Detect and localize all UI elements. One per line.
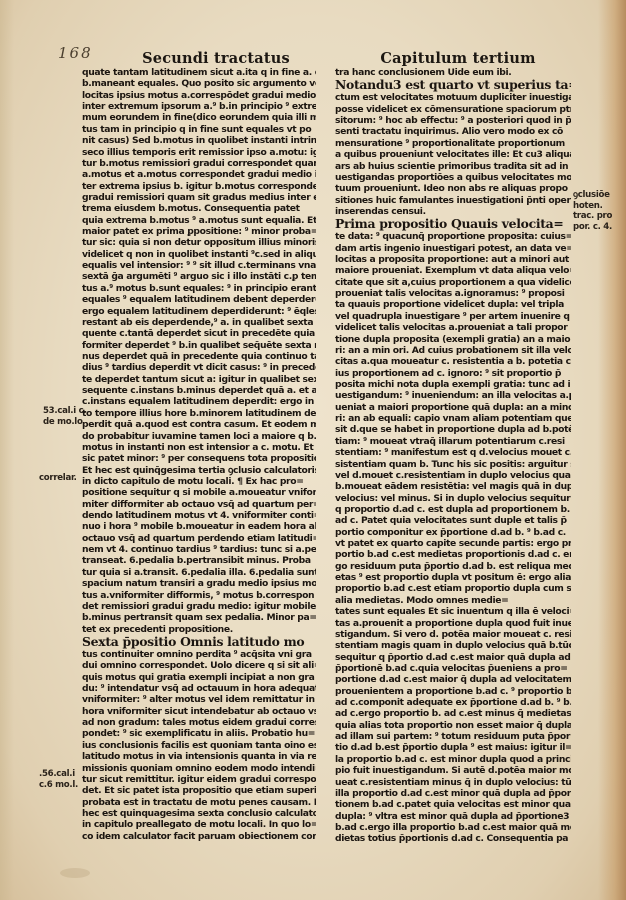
text-line: te deperdet tantum sicut a: igitur in qu… — [82, 374, 316, 385]
page-edge-stain-right — [598, 0, 626, 900]
text-line: spacium natum transiri a gradu medio ips… — [82, 578, 316, 589]
text-line: senti tractatu inquirimus. Alio vero mod… — [335, 126, 571, 137]
right-column-body-a: ctum est velocitates motuum dupliciter i… — [335, 92, 571, 217]
text-line: dietas totius p̄portionis d.ad c. Conseq… — [335, 833, 571, 844]
text-line: det remissiori gradui gradu medio: igitu… — [82, 601, 316, 612]
paper-stain — [60, 868, 90, 878]
text-line: ter extrema ipsius b. igitur b.motus cor… — [82, 181, 316, 192]
text-line: ad non gradum: tales motus eidem gradui … — [82, 717, 316, 728]
text-line: c.instans equalem latitudinem deperdit: … — [82, 396, 316, 407]
text-line: mum eorundem in fine(dico eorundem quia … — [82, 112, 316, 123]
manuscript-page: 168 Secundi tractatus Capitulum tertium … — [0, 0, 626, 900]
text-line: hora vniformiter sicut intendebatur ab o… — [82, 706, 316, 717]
text-line: a quibus proueniunt velocitates ille: Et… — [335, 149, 571, 160]
text-line: dius ⁹ tardius deperdit vt dicit casus: … — [82, 362, 316, 373]
text-line: dui omnino correspondet. Uolo dicere q s… — [82, 660, 316, 671]
text-line: portio b.ad c.est medietas proportionis … — [335, 549, 571, 560]
section-heading-notandum: Notandu3 est quarto vt superius ta= — [335, 78, 571, 92]
text-line: citas a.qua moueatur c. resistentia a b.… — [335, 356, 571, 367]
text-line: det. Et sic patet ista propositio que et… — [82, 785, 316, 796]
text-line: ri: an a min ori. Ad cuius probationem s… — [335, 345, 571, 356]
text-line: b.maneant equales. Quo posito sic argume… — [82, 78, 316, 89]
text-line: uestigandas proportiōes a quibus velocit… — [335, 172, 571, 183]
text-line: du: ⁹ intendatur vsq̄ ad octauum in hora… — [82, 683, 316, 694]
text-line: maior patet ex prima ꝑpositione: ⁹ minor… — [82, 226, 316, 237]
text-line: tur sicut remittitur. igitur eidem gradu… — [82, 774, 316, 785]
text-line: stigandum. Si vero d. potēa maior moueat… — [335, 629, 571, 640]
text-line: in capitulo preallegato de motu locali. … — [82, 819, 316, 830]
margin-note-line: correlar. — [39, 473, 77, 484]
text-line: nem vt 4. continuo tardius ⁹ tardius: tu… — [82, 544, 316, 555]
right-column-opening: tra hanc conclusionem Uide eum ibi. — [335, 67, 571, 78]
text-line: sit d.que se habet in proportione dupla … — [335, 424, 571, 435]
text-line: ueniat a maiori proportione quā dupla: a… — [335, 402, 571, 413]
text-line: q proportio d.ad c. est dupla ad proport… — [335, 504, 571, 515]
text-line: tiam: ⁹ moueat vtraq̄ illarum potentiaru… — [335, 436, 571, 447]
text-line: tet ex precedenti propositione. — [82, 624, 316, 635]
running-head-left: Secundi tractatus — [141, 50, 291, 67]
text-line: pondet: ⁹ sic exemplificatu in aliis. Pr… — [82, 728, 316, 739]
text-line: missionis quoniam omnino eodem modo inte… — [82, 763, 316, 774]
text-line: vt patet ex quarto capite secunde partis… — [335, 538, 571, 549]
text-line: stentiam: ⁹ manifestum est q d.velocius … — [335, 447, 571, 458]
text-line: Et hec est quinq̄gesima tertia ꝯclusio c… — [82, 465, 316, 476]
text-line: tus continuiter omnino perdita ⁹ acq̄sit… — [82, 649, 316, 660]
page-edge-shadow-left — [0, 0, 14, 900]
text-line: proueniat talis velocitas a.ignoramus: ⁹… — [335, 288, 571, 299]
margin-note-line: de mo.lo — [43, 417, 86, 428]
text-line: seco illius temporis erit remissior ipso… — [82, 147, 316, 158]
text-line: tra hanc conclusionem Uide eum ibi. — [335, 67, 571, 78]
text-line: vel d.mouet c.resistentiam in duplo velo… — [335, 470, 571, 481]
text-line: vel quadrupla inuestigare ⁹ per artem in… — [335, 311, 571, 322]
text-line: posse videlicet ex cōmensuratione spacio… — [335, 104, 571, 115]
text-line: sextā ḡa argumēti ⁹ arguo sic i illo in… — [82, 271, 316, 282]
margin-note-line: 53.cal.i c. — [43, 406, 86, 417]
proposition-heading-prima: Prima propositio Quauis velocita= — [335, 217, 571, 231]
text-column-right: tra hanc conclusionem Uide eum ibi. Nota… — [335, 67, 571, 845]
text-line: nit casus) Sed b.motus in quolibet insta… — [82, 135, 316, 146]
text-line: co idem calculator facit paruam obiectio… — [82, 831, 316, 842]
text-line: a.motus et a.motus correspondet gradui m… — [82, 169, 316, 180]
text-line: ctum est velocitates motuum dupliciter i… — [335, 92, 571, 103]
text-line: tione dupla proposita (exempli gratia) a… — [335, 334, 571, 345]
text-line: ad c.componit adequate ex p̄portione d.a… — [335, 697, 571, 708]
margin-note-left-1: 53.cal.i c. de mo.lo — [43, 406, 86, 427]
text-line: motus in instanti non est intensior a c.… — [82, 442, 316, 453]
text-line: equalis vel intensior: ⁹ ⁹ sit illud c.t… — [82, 260, 316, 271]
text-line: p̄portionē b.ad c.quia velocitas p̄uenie… — [335, 663, 571, 674]
left-column-body: quate tantam latitudinem sicut a.ita q i… — [82, 67, 316, 635]
text-line: nuo i hora ⁹ mobile b.moueatur in eadem … — [82, 521, 316, 532]
text-line: ius conclusionis facilis est quoniam tan… — [82, 740, 316, 751]
text-line: equales ⁹ equalem latitudinem debent dep… — [82, 294, 316, 305]
text-line: portione d.ad c.est maior q̄ dupla ad ve… — [335, 674, 571, 685]
text-line: ri: an ab equali: capio vnam aliam poten… — [335, 413, 571, 424]
text-line: in dicto capitulo de motu locali. ¶ Ex h… — [82, 476, 316, 487]
text-line: locitas ipsius motus a.correspōdet gradu… — [82, 90, 316, 101]
text-line: tuum proueniunt. Ideo non abs re aliquas… — [335, 183, 571, 194]
text-line: tio d.ad b.est p̄portio dupla ⁹ est maiu… — [335, 742, 571, 753]
text-line: alia medietas. Modo omnes medie= — [335, 595, 571, 606]
margin-note-line: c.6 mo.l. — [39, 780, 78, 791]
text-line: perdit quā a.quod est contra casum. Et e… — [82, 419, 316, 430]
text-line: quia alias tota proportio non esset maio… — [335, 720, 571, 731]
text-line: tionem b.ad c.patet quia velocitas est m… — [335, 799, 571, 810]
text-line: quis motus qui gratia exempli incipiat a… — [82, 672, 316, 683]
text-line: ars ab huius scientie primoribus tradita… — [335, 161, 571, 172]
text-line: sitorum: ⁹ hoc ab effectu: ⁹ a posterior… — [335, 115, 571, 126]
right-column-body-b: te data: ⁹ quacunq̄ proportione proposit… — [335, 231, 571, 844]
text-line: ad illam sui partem: ⁹ totum residuum pu… — [335, 731, 571, 742]
text-line: ad c.ergo proportio b. ad c.est minus q̄… — [335, 708, 571, 719]
text-line: illa proportio d.ad c.est minor quā dupl… — [335, 788, 571, 799]
margin-note-line: .56.cal.i — [39, 769, 78, 780]
text-line: latitudo motus in via intensionis quanta… — [82, 751, 316, 762]
text-line: positione sequitur q si mobile a.moueatu… — [82, 487, 316, 498]
text-column-left: quate tantam latitudinem sicut a.ita q i… — [82, 67, 316, 842]
margin-note-left-3: .56.cal.i c.6 mo.l. — [39, 769, 78, 790]
margin-note-line: ꝯclusiōe — [573, 190, 612, 201]
text-line: ius proportionem ad c. ignoro: ⁹ sit pro… — [335, 368, 571, 379]
margin-note-line: hoten. — [573, 201, 612, 212]
text-line: hec est quinquagesima sexta conclusio ca… — [82, 808, 316, 819]
text-line: tus a.⁹ motus b.sunt equales: ⁹ in princ… — [82, 283, 316, 294]
left-column-body-continued: tus continuiter omnino perdita ⁹ acq̄sit… — [82, 649, 316, 842]
text-line: sistentiam quam b. Tunc his sic positis:… — [335, 459, 571, 470]
text-line: formiter deperdet ⁹ b.in qualibet seq̄uē… — [82, 340, 316, 351]
text-line: mensuratione ⁹ proportionalitate proport… — [335, 138, 571, 149]
text-line: inter extremum ipsorum a.⁹ b.in principi… — [82, 101, 316, 112]
text-line: quate tantam latitudinem sicut a.ita q i… — [82, 67, 316, 78]
text-line: dam artis ingenio inuestigari potest, an… — [335, 243, 571, 254]
text-line: do probabitur iuvamine tamen loci a maio… — [82, 431, 316, 442]
margin-note-line: por. c. 4. — [573, 222, 612, 233]
text-line: ergo equalem latitudinem deperdiderunt: … — [82, 306, 316, 317]
text-line: dupla: ⁹ vltra est minor quā dupla ad p̄… — [335, 811, 571, 822]
text-line: locitas a proposita proportione: aut a m… — [335, 254, 571, 265]
text-line: videlicet q non in quolibet instanti ⁹c.… — [82, 249, 316, 260]
text-line: stentiam magis quam in duplo velocius qu… — [335, 640, 571, 651]
text-line: sic patet minor: ⁹ per consequens tota p… — [82, 453, 316, 464]
text-line: tur b.motus remissiori gradui correspond… — [82, 158, 316, 169]
running-head-right: Capitulum tertium — [363, 50, 553, 67]
margin-note-left-2: correlar. — [39, 473, 77, 484]
text-line: trema eiusdem b.motus. Consequentia pate… — [82, 203, 316, 214]
text-line: restant ab eis deperdende,⁹ a. in qualib… — [82, 317, 316, 328]
text-line: tas a.prouenit a proportione dupla quod … — [335, 618, 571, 629]
text-line: nus deperdet quā in precedente quia cont… — [82, 351, 316, 362]
text-line: te data: ⁹ quacunq̄ proportione proposit… — [335, 231, 571, 242]
text-line: quia extrema b.motus ⁹ a.motus sunt equa… — [82, 215, 316, 226]
text-line: portio componitur ex p̄portione d.ad b. … — [335, 527, 571, 538]
text-line: miter difformiter ab octauo vsq̄ ad quar… — [82, 499, 316, 510]
text-line: posita michi nota dupla exempli gratia: … — [335, 379, 571, 390]
text-line: vniformiter: ⁹ alter motus vel idem remi… — [82, 694, 316, 705]
text-line: etas ⁹ est proportio dupla vt positum ē… — [335, 572, 571, 583]
text-line: b.minus pertransit quam sex pedalia. Min… — [82, 612, 316, 623]
text-line: pio fuit inuestigandum. Si autē d.potēa … — [335, 765, 571, 776]
text-line: citate que sit a,cuius proportionem a qu… — [335, 277, 571, 288]
text-line: to tempore illius hore b.minorem latitud… — [82, 408, 316, 419]
text-line: octauo vsq̄ ad quartum perdendo etiam la… — [82, 533, 316, 544]
text-line: velocius: vel minus. Si in duplo velociu… — [335, 493, 571, 504]
text-line: tur sic: quia si non detur oppositum ill… — [82, 237, 316, 248]
text-line: tus tam in principio q in fine sunt equa… — [82, 124, 316, 135]
text-line: inserendas censui. — [335, 206, 571, 217]
text-line: la proportio b.ad c. est minor dupla quo… — [335, 754, 571, 765]
text-line: proportio b.ad c.est etiam proportio dup… — [335, 583, 571, 594]
text-line: sitiones huic famulantes inuestigationi … — [335, 195, 571, 206]
margin-note-line: trac. pro — [573, 211, 612, 222]
text-line: b.moueat eādem resistētia: vel magis quā… — [335, 481, 571, 492]
proposition-heading-sexta: Sexta p̄positio Omnis latitudo mo — [82, 635, 316, 649]
margin-note-right-1: ꝯclusiōe hoten. trac. pro por. c. 4. — [573, 190, 612, 232]
text-line: tus a.vniformiter difformis, ⁹ motus b.c… — [82, 590, 316, 601]
text-line: uestigandum: ⁹ inueniendum: an illa velo… — [335, 390, 571, 401]
text-line: gradui remissiori quam sit gradus medius… — [82, 192, 316, 203]
text-line: videlicet talis velocitas a.proueniat a … — [335, 322, 571, 333]
text-line: sequitur q p̄portio d.ad c.est maior quā… — [335, 652, 571, 663]
text-line: probata est in tractatu de motu penes ca… — [82, 797, 316, 808]
text-line: dendo latitudinem motus vt 4. vniformite… — [82, 510, 316, 521]
text-line: prouenientem a proportione b.ad c. ⁹ pro… — [335, 686, 571, 697]
text-line: ad c. Patet quia velocitates sunt duple … — [335, 515, 571, 526]
text-line: sequente c.instans b.minus deperdet quā … — [82, 385, 316, 396]
text-line: go residuum puta p̄portio d.ad b. est re… — [335, 561, 571, 572]
text-line: ta quauis proportione videlicet dupla: v… — [335, 299, 571, 310]
text-line: tur quia si a.transit. 6.pedalia illa. 6… — [82, 567, 316, 578]
folio-number: 168 — [58, 44, 93, 62]
text-line: maiore proueniat. Exemplum vt data aliqu… — [335, 265, 571, 276]
text-line: quente c.tantā deperdet sicut in precedē… — [82, 328, 316, 339]
text-line: tates sunt equales Et sic inuentum q ill… — [335, 606, 571, 617]
text-line: transeat. 6.pedalia b.pertransibit minus… — [82, 555, 316, 566]
text-line: ueat c.resistentiam minus q̄ in duplo ve… — [335, 777, 571, 788]
text-line: b.ad c.ergo illa proportio b.ad c.est ma… — [335, 822, 571, 833]
